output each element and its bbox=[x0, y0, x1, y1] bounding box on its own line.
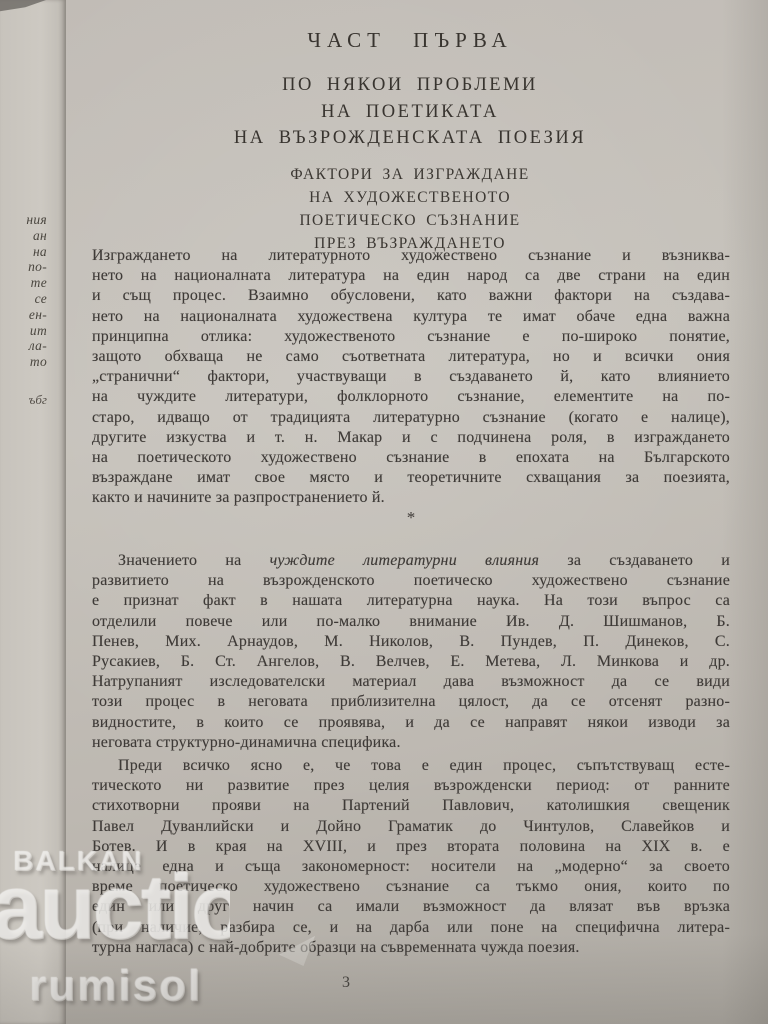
chapter-subtitle: ПО НЯКОИ ПРОБЛЕМИНА ПОЕТИКАТАНА ВЪЗРОЖДЕ… bbox=[90, 72, 730, 152]
text-line-part: нето на националната художествена култур… bbox=[92, 308, 730, 325]
text-line-part: принципна отлика: художественото съзнани… bbox=[92, 328, 730, 345]
text-line-part: отделили повече или по-малко внимание Ив… bbox=[92, 613, 730, 630]
text-line-part: както и начините за разпространението й. bbox=[92, 489, 385, 506]
text-line-part: Преди всичко ясно е, че това е един проц… bbox=[118, 757, 730, 774]
text-line-part: и същ процес. Взаимно обусловени, като в… bbox=[92, 287, 730, 304]
text-line-part: НА ВЪЗРОЖДЕНСКАТА ПОЕЗИЯ bbox=[234, 128, 586, 148]
text-line-part: нето на националната литература на един … bbox=[92, 267, 730, 284]
text-line-part: Изграждането на литературното художестве… bbox=[92, 247, 730, 264]
facing-page-edge bbox=[0, 0, 66, 1024]
text-line-part: защото обхваща не само съответната литер… bbox=[92, 348, 730, 365]
text-line-part: чуждите литературни влияния bbox=[270, 552, 540, 569]
text-line-part: Значението на bbox=[118, 552, 270, 569]
text-line-part: един или друг начин са имали възможност … bbox=[92, 898, 730, 915]
text-line-part: ен- bbox=[29, 307, 47, 322]
text-line-part: на поетическото художествено съзнание в … bbox=[92, 449, 730, 466]
text-line-part: стихотворни прояви на Партений Павлович,… bbox=[92, 797, 730, 814]
text-line-part: ан bbox=[33, 228, 47, 243]
photo-right-shading bbox=[722, 0, 768, 1024]
body-paragraph-2: Значението на чуждите литературни влияни… bbox=[92, 551, 730, 753]
text-line-part: ния bbox=[26, 212, 47, 227]
facing-page-text-fragments: нияаннапо-тесеен-итла-то bbox=[0, 212, 47, 370]
text-line-part: старо, идващо от традицията литературно … bbox=[92, 409, 730, 426]
asterisk-separator: * bbox=[92, 508, 730, 530]
text-line-part: е признат факт в нашата литературна наук… bbox=[92, 592, 730, 609]
text-line-part: развитието на възрожденското поетическо … bbox=[92, 572, 730, 589]
facing-page-number-fragment: ъбг bbox=[6, 392, 47, 408]
text-line-part: НА ХУДОЖЕСТВЕНОТО bbox=[309, 189, 511, 206]
part-title: ЧАСТ ПЪРВА bbox=[90, 28, 730, 53]
text-line-part: този процес в неговата приблизителна цял… bbox=[92, 693, 730, 710]
photo-bottom-shading bbox=[0, 934, 768, 1024]
text-line-part: ит bbox=[30, 323, 47, 338]
text-line-part: то bbox=[30, 354, 47, 369]
text-line-part: Натрупаният изследователски материал дав… bbox=[92, 673, 730, 690]
text-line-part: по- bbox=[28, 259, 47, 274]
text-line-part: неговата структурно-динамична специфика. bbox=[92, 734, 401, 751]
text-line-part: на чуждите литератури, фолклорното съзна… bbox=[92, 388, 730, 405]
text-line-part: ПОЕТИЧЕСКО СЪЗНАНИЕ bbox=[299, 212, 520, 229]
text-line-part: НА ПОЕТИКАТА bbox=[321, 102, 499, 122]
text-line-part: Павел Дуванлийски и Дойно Граматик до Чи… bbox=[92, 818, 730, 835]
text-line-part: Русакиев, Б. Ст. Ангелов, В. Велчев, Е. … bbox=[92, 653, 730, 670]
text-line-part: се bbox=[35, 291, 47, 306]
text-line-part: ПО НЯКОИ ПРОБЛЕМИ bbox=[282, 75, 538, 95]
text-line-part: „странични“ фактори, участвуващи в създа… bbox=[92, 368, 730, 385]
text-line-part: видностите, в които се проявява, и да се… bbox=[92, 714, 730, 731]
body-paragraph-3: Преди всичко ясно е, че това е един проц… bbox=[92, 756, 730, 958]
body-paragraph-1: Изграждането на литературното художестве… bbox=[92, 246, 730, 509]
text-line-part: ФАКТОРИ ЗА ИЗГРАЖДАНЕ bbox=[290, 166, 529, 183]
text-line-part: налице една и съща закономерност: носите… bbox=[92, 858, 730, 875]
text-line-part: Пенев, Мих. Арнаудов, М. Николов, В. Пун… bbox=[92, 633, 730, 650]
text-line-part: другите изкуства и т. н. Макар и с подчи… bbox=[92, 429, 730, 446]
section-heading: ФАКТОРИ ЗА ИЗГРАЖДАНЕНА ХУДОЖЕСТВЕНОТОПО… bbox=[90, 163, 730, 255]
text-line-part: тическото ни развитие през целия възрожд… bbox=[92, 777, 730, 794]
text-line-part: Ботев. И в края на XVIII, и през втората… bbox=[92, 838, 730, 855]
text-line-part: ла- bbox=[29, 338, 47, 353]
text-line-part: възраждане имат свое място и теоретичнит… bbox=[92, 469, 730, 486]
text-line-part: на bbox=[33, 244, 47, 259]
book-page-photo: нияаннапо-тесеен-итла-то ъбг ЧАСТ ПЪРВА … bbox=[0, 0, 768, 1024]
text-line-part: те bbox=[31, 275, 47, 290]
text-line-part: време поетическо художествено съзнание с… bbox=[92, 878, 730, 895]
text-line-part: за създаването и bbox=[539, 552, 730, 569]
